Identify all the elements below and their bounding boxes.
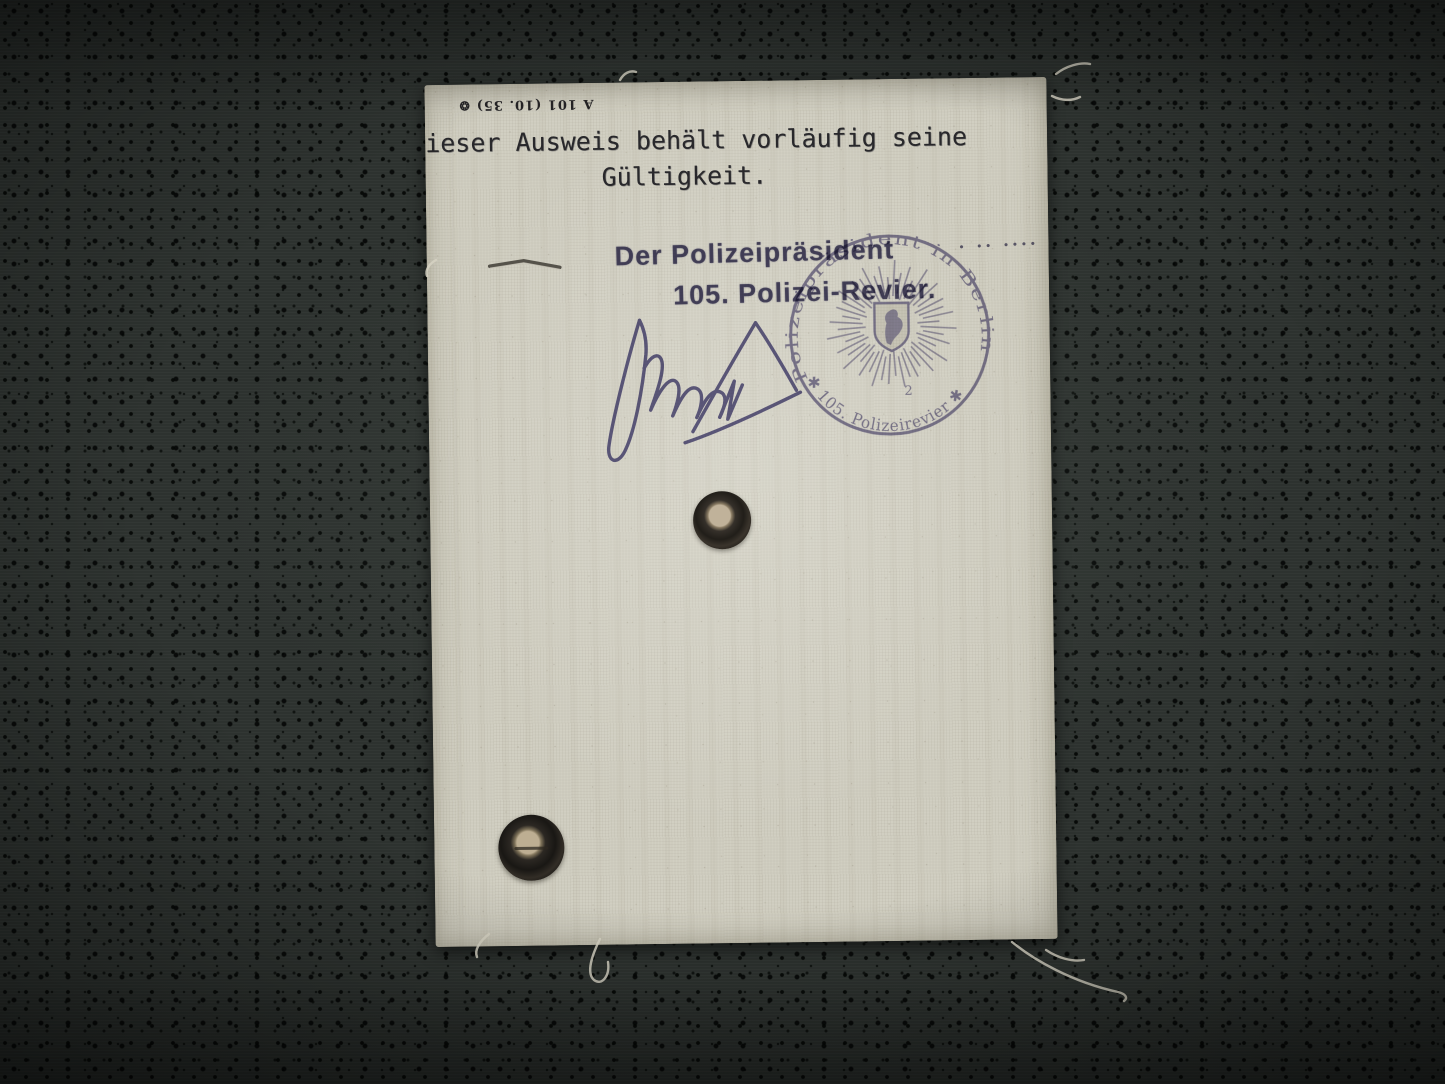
round-police-seal: Polizeipräsident in Berlin ✱ 105. Polize… bbox=[772, 218, 1007, 453]
ausweis-card: A 101 (10. 35)❂ Dieser Ausweis behält vo… bbox=[424, 77, 1057, 947]
corner-mark-text: A 101 (10. 35) bbox=[476, 96, 594, 113]
printers-mark-icon: ❂ bbox=[459, 99, 470, 113]
seal-berlin-bear-shield bbox=[874, 303, 909, 351]
staple bbox=[485, 255, 567, 276]
typed-text-line1: Dieser Ausweis behält vorläufig seine bbox=[424, 122, 967, 158]
grommet-rivet-top bbox=[693, 491, 752, 550]
printers-corner-mark: A 101 (10. 35)❂ bbox=[459, 96, 594, 113]
svg-text:✱ 105. Polizeirevier ✱: ✱ 105. Polizeirevier ✱ bbox=[802, 370, 968, 436]
seal-bottom-arc-text: ✱ 105. Polizeirevier ✱ bbox=[802, 370, 968, 436]
typed-text-line2: Gültigkeit. bbox=[601, 161, 767, 192]
seal-center-number: 2 bbox=[904, 384, 912, 399]
grommet-rivet-bottom bbox=[498, 814, 565, 881]
photo-of-police-document: A 101 (10. 35)❂ Dieser Ausweis behält vo… bbox=[0, 0, 1445, 1084]
